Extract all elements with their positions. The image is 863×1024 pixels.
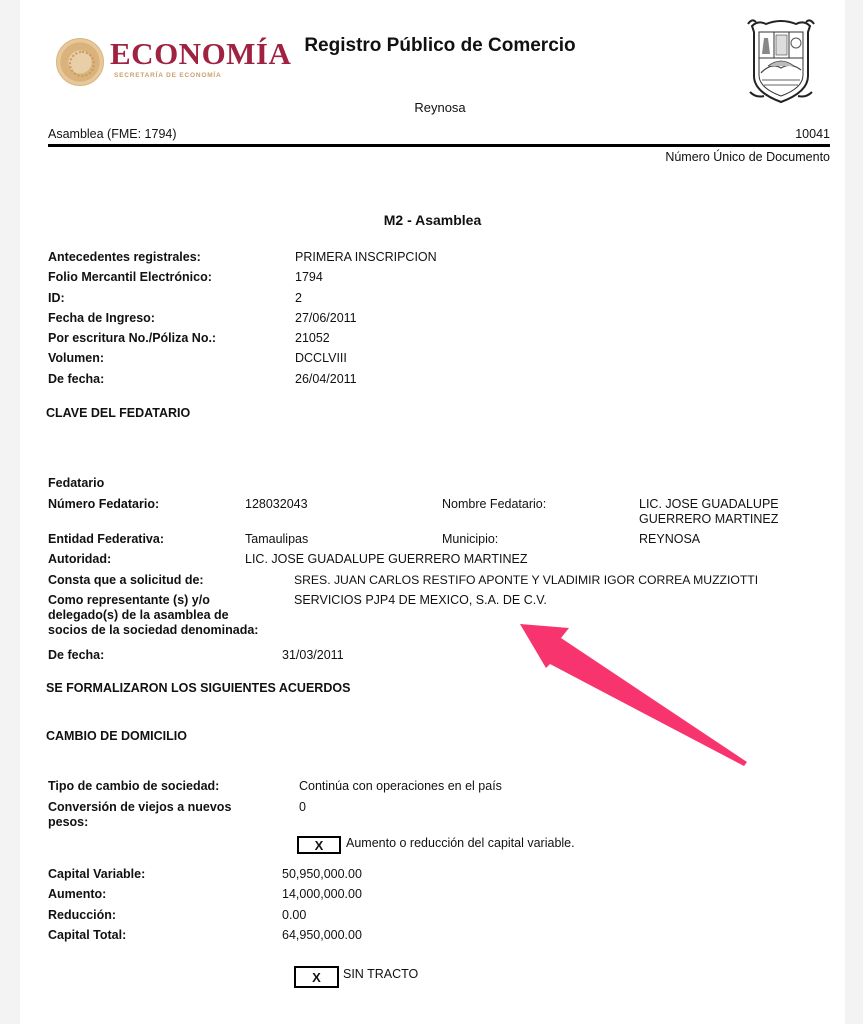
- registry-value: 1794: [295, 270, 323, 284]
- entidad-federativa-label: Entidad Federativa:: [48, 532, 164, 546]
- capital-label: Capital Total:: [48, 928, 126, 942]
- registry-label: De fecha:: [48, 372, 104, 386]
- page-title: Registro Público de Comercio: [290, 33, 590, 58]
- fecha-asamblea-label: De fecha:: [48, 648, 104, 662]
- nombre-fedatario-value: LIC. JOSE GUADALUPE GUERRERO MARTINEZ: [639, 497, 809, 527]
- registry-label: ID:: [48, 291, 65, 305]
- nombre-fedatario-label: Nombre Fedatario:: [442, 497, 546, 511]
- mexico-seal-icon: [56, 38, 104, 86]
- autoridad-value: LIC. JOSE GUADALUPE GUERRERO MARTINEZ: [245, 552, 527, 566]
- autoridad-label: Autoridad:: [48, 552, 111, 566]
- capital-variable-checkbox-label: Aumento o reducción del capital variable…: [346, 836, 575, 850]
- representante-label: Como representante (s) y/o delegado(s) d…: [48, 593, 263, 638]
- acuerdos-heading: SE FORMALIZARON LOS SIGUIENTES ACUERDOS: [46, 681, 350, 695]
- capital-value: 64,950,000.00: [282, 928, 362, 942]
- logo-brand: ECONOMÍA: [110, 36, 291, 72]
- tipo-cambio-label: Tipo de cambio de sociedad:: [48, 779, 219, 793]
- registry-value: DCCLVIII: [295, 351, 347, 365]
- document-type: Asamblea (FME: 1794): [48, 127, 177, 141]
- registry-value: 2: [295, 291, 302, 305]
- header-divider: [48, 144, 830, 147]
- registry-label: Volumen:: [48, 351, 104, 365]
- registry-value: 21052: [295, 331, 330, 345]
- conversion-label: Conversión de viejos a nuevos pesos:: [48, 800, 263, 830]
- logo-subtitle: SECRETARÍA DE ECONOMÍA: [114, 72, 222, 79]
- capital-variable-checkbox: X: [297, 836, 341, 854]
- numero-fedatario-label: Número Fedatario:: [48, 497, 159, 511]
- capital-value: 14,000,000.00: [282, 887, 362, 901]
- capital-label: Capital Variable:: [48, 867, 145, 881]
- capital-value: 50,950,000.00: [282, 867, 362, 881]
- tipo-cambio-value: Continúa con operaciones en el país: [299, 779, 502, 793]
- registry-label: Fecha de Ingreso:: [48, 311, 155, 325]
- clave-fedatario-heading: CLAVE DEL FEDATARIO: [46, 406, 190, 420]
- sin-tracto-label: SIN TRACTO: [343, 967, 418, 981]
- fecha-asamblea-value: 31/03/2011: [282, 648, 344, 662]
- municipio-label: Municipio:: [442, 532, 498, 546]
- consta-value: SRES. JUAN CARLOS RESTIFO APONTE Y VLADI…: [294, 573, 758, 587]
- annotation-arrow-icon: [500, 600, 760, 780]
- numero-fedatario-value: 128032043: [245, 497, 308, 511]
- coat-of-arms-icon: [746, 18, 816, 104]
- registry-label: Antecedentes registrales:: [48, 250, 201, 264]
- document-number: 10041: [795, 127, 830, 141]
- capital-label: Aumento:: [48, 887, 106, 901]
- page-subtitle: Reynosa: [290, 100, 590, 115]
- section-title: M2 - Asamblea: [20, 212, 845, 228]
- entidad-federativa-value: Tamaulipas: [245, 532, 308, 546]
- document-page: ECONOMÍA SECRETARÍA DE ECONOMÍA Registro…: [20, 0, 845, 1024]
- conversion-value: 0: [299, 800, 306, 814]
- registry-value: PRIMERA INSCRIPCION: [295, 250, 437, 264]
- registry-label: Por escritura No./Póliza No.:: [48, 331, 216, 345]
- document-number-label: Número Único de Documento: [665, 150, 830, 164]
- registry-label: Folio Mercantil Electrónico:: [48, 270, 212, 284]
- economia-logo: ECONOMÍA SECRETARÍA DE ECONOMÍA: [54, 34, 304, 90]
- registry-value: 26/04/2011: [295, 372, 357, 386]
- municipio-value: REYNOSA: [639, 532, 700, 546]
- cambio-domicilio-heading: CAMBIO DE DOMICILIO: [46, 729, 187, 743]
- registry-value: 27/06/2011: [295, 311, 357, 325]
- fedatario-heading: Fedatario: [48, 476, 104, 490]
- capital-label: Reducción:: [48, 908, 116, 922]
- sin-tracto-checkbox: X: [294, 966, 339, 988]
- capital-value: 0.00: [282, 908, 306, 922]
- consta-label: Consta que a solicitud de:: [48, 573, 204, 587]
